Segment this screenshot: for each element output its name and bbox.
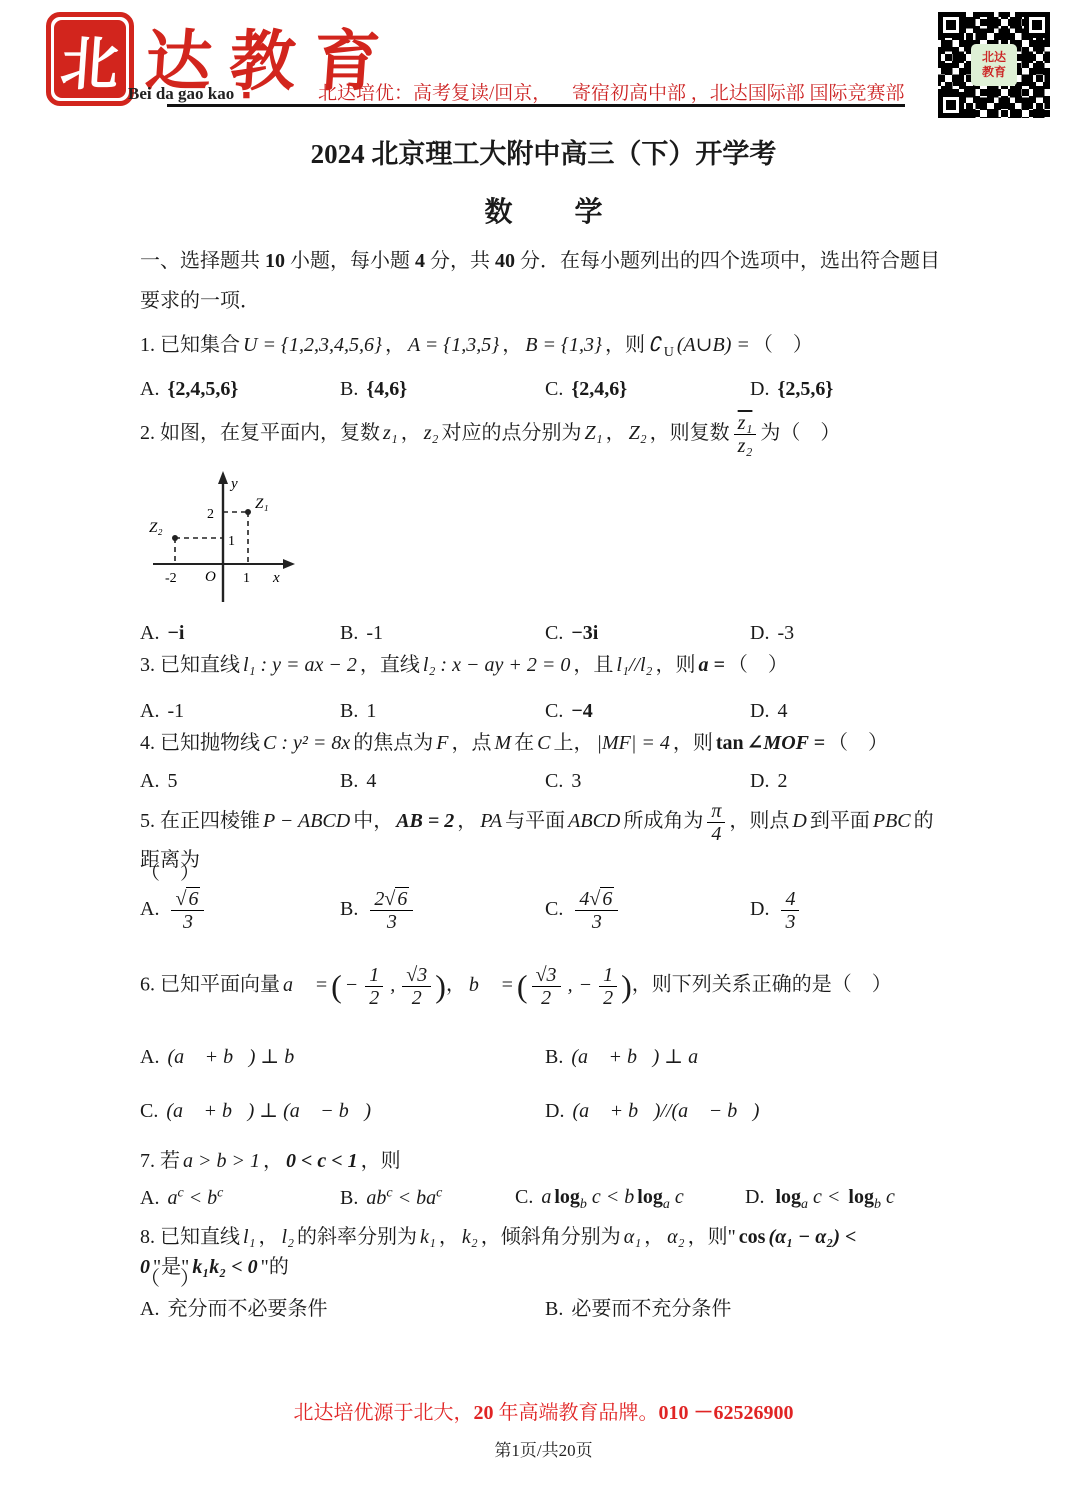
q7-option-d: D.loga c < logb c bbox=[745, 1182, 947, 1215]
math: − bbox=[579, 974, 593, 996]
q7-option-b: B.abc < bac bbox=[340, 1182, 515, 1215]
option-fraction: 4√63 bbox=[575, 888, 618, 933]
question-6-stem: 6. 已知平面向量a⃗=(−12,√32)，b⃗=(√32,−12)，则下列关系… bbox=[140, 962, 947, 1010]
math: (A∪B) = bbox=[677, 334, 750, 356]
stem-text: ， bbox=[263, 1150, 283, 1172]
option-label: D. bbox=[750, 700, 769, 722]
option-label: B. bbox=[545, 1298, 563, 1320]
tick-label-1y: 1 bbox=[228, 534, 235, 549]
log-function: log bbox=[637, 1186, 663, 1208]
stem-text: 7. 若 bbox=[140, 1150, 180, 1172]
stem-text: ， bbox=[673, 732, 693, 754]
stem-text: ， bbox=[605, 334, 625, 356]
intro-text: 分，共 bbox=[425, 250, 495, 272]
option-label: B. bbox=[340, 622, 358, 644]
option-value: {2,4,5,6} bbox=[167, 378, 238, 400]
stem-text: ， bbox=[446, 974, 466, 996]
stem-text: 则 bbox=[625, 334, 645, 356]
cos-function: cos bbox=[739, 1226, 766, 1248]
q4-option-d: D.2 bbox=[750, 766, 947, 796]
sqrt-icon: √ bbox=[589, 888, 600, 910]
fraction: z₁z₂ bbox=[734, 412, 757, 457]
fraction: 12 bbox=[365, 964, 383, 1009]
stem-text: 则复数 bbox=[670, 422, 730, 444]
brand-romanized-text: Bei da gao kao bbox=[128, 84, 234, 103]
q6-option-b: B.(a⃗ + b⃗) ⊥ a⃗ bbox=[545, 1042, 947, 1072]
tick-label-2: 2 bbox=[207, 507, 214, 522]
brand-romanized: Bei da gao kao ■ bbox=[128, 84, 250, 104]
q1-option-b: B.{4,6} bbox=[340, 374, 545, 404]
point-z1 bbox=[245, 509, 251, 515]
option-fraction: 2√63 bbox=[370, 888, 413, 933]
stem-text: ， bbox=[502, 334, 522, 356]
exam-title: 2024 北京理工大附中高三（下）开学考 bbox=[0, 132, 1087, 171]
q1-option-a: A.{2,4,5,6} bbox=[140, 374, 340, 404]
z1-label: Z₁ bbox=[255, 496, 269, 512]
math: B = {1,3} bbox=[525, 334, 602, 356]
math: Z₁ bbox=[585, 422, 603, 444]
q6-option-c: C.(a⃗ + b⃗) ⊥ (a⃗ − b⃗) bbox=[140, 1096, 545, 1126]
question-4-options: A.5 B.4 C.3 D.2 bbox=[140, 766, 947, 796]
option-label: A. bbox=[140, 1298, 159, 1320]
log-function: log bbox=[775, 1186, 801, 1208]
option-value: (a⃗ + b⃗)//(a⃗ − b⃗) bbox=[572, 1100, 759, 1122]
option-label: C. bbox=[515, 1186, 533, 1208]
header-tagline: 北达培优：高考复读/回京， 寄宿初高中部 ，北达国际部 国际竞赛部 bbox=[318, 78, 905, 105]
q1-option-d: D.{2,5,6} bbox=[750, 374, 947, 404]
stem-text: 倾斜角分别为 bbox=[501, 1226, 621, 1248]
q5-option-a: A.√63 bbox=[140, 888, 340, 933]
math: PBC bbox=[873, 810, 911, 832]
radicand: 6 bbox=[186, 887, 200, 910]
stem-text: 与平面 bbox=[505, 810, 565, 832]
option-label: D. bbox=[750, 770, 769, 792]
qr-finder-icon bbox=[1024, 12, 1050, 38]
tick-label-1x: 1 bbox=[243, 571, 250, 586]
fraction: 12 bbox=[599, 964, 617, 1009]
fraction-denominator: 4 bbox=[707, 823, 725, 845]
fraction-numerator: π bbox=[707, 800, 725, 823]
subject-title: 数学 bbox=[0, 190, 1087, 230]
math: a = bbox=[698, 654, 724, 676]
math: l₁ bbox=[243, 1226, 256, 1248]
footer-slogan: 北达培优源于北大，20 年高端教育品牌。010 －62526900 bbox=[0, 1396, 1087, 1425]
math: A = {1,3,5} bbox=[408, 334, 499, 356]
math: z₁ bbox=[383, 422, 398, 444]
option-label: A. bbox=[140, 1046, 159, 1068]
question-2-stem: 2. 如图，在复平面内，复数z₁，z₂对应的点分别为Z₁，Z₂，则复数z₁z₂为… bbox=[140, 412, 947, 457]
stem-text: 6. 已知平面向量 bbox=[140, 974, 280, 996]
q2-option-b: B.-1 bbox=[340, 618, 545, 648]
stem-text: 的焦点为 bbox=[353, 732, 433, 754]
sqrt-icon: √ bbox=[175, 888, 186, 910]
stem-text: 4. 已知抛物线 bbox=[140, 732, 260, 754]
stem-text: ， bbox=[385, 334, 405, 356]
option-value: (a⃗ + b⃗) ⊥ b⃗ bbox=[167, 1046, 309, 1068]
question-8-options: A.充分而不必要条件 B.必要而不充分条件 bbox=[140, 1294, 947, 1324]
fraction: √32 bbox=[532, 964, 561, 1009]
math: P − ABCD bbox=[263, 810, 350, 832]
point-z2 bbox=[172, 535, 178, 541]
fraction: √32 bbox=[402, 964, 431, 1009]
q5-option-b: B.2√63 bbox=[340, 888, 545, 933]
answer-blank: 为（ ） bbox=[760, 422, 840, 444]
option-label: C. bbox=[545, 770, 563, 792]
math-sub: U bbox=[664, 345, 674, 360]
q7-option-a: A.ac < bc bbox=[140, 1182, 340, 1215]
question-3-stem: 3. 已知直线l₁ : y = ax − 2，直线l₂ : x − ay + 2… bbox=[140, 650, 947, 680]
math: C bbox=[537, 732, 550, 754]
qr-center-label: 北达 教育 bbox=[971, 44, 1017, 86]
stem-text: 则 bbox=[381, 1150, 401, 1172]
math: D bbox=[792, 810, 806, 832]
q1-option-c: C.{2,4,6} bbox=[545, 374, 750, 404]
q3-option-d: D.4 bbox=[750, 696, 947, 726]
stem-text: 对应的点分别为 bbox=[442, 422, 582, 444]
stem-text: ， bbox=[632, 974, 652, 996]
intro-total: 40 bbox=[495, 250, 515, 272]
z2-label: Z₂ bbox=[149, 520, 163, 536]
stem-text: ， bbox=[457, 810, 477, 832]
math: C : y² = 8x bbox=[263, 732, 350, 754]
option-value: 2 bbox=[777, 770, 787, 792]
option-label: C. bbox=[140, 1100, 158, 1122]
stem-text: ， bbox=[688, 1226, 708, 1248]
x-axis-label: x bbox=[272, 570, 280, 586]
qr-label-top: 北达 bbox=[982, 50, 1006, 65]
stem-text: ， bbox=[401, 422, 421, 444]
option-value: −4 bbox=[571, 700, 592, 722]
coef: 4 bbox=[785, 888, 795, 910]
brand-square-mark: ■ bbox=[243, 87, 251, 102]
math: U = {1,2,3,4,5,6} bbox=[243, 334, 382, 356]
stem-text: 则" bbox=[708, 1226, 736, 1248]
math: z₂ bbox=[424, 422, 439, 444]
log-function: log bbox=[848, 1186, 874, 1208]
math: Z₂ bbox=[629, 422, 647, 444]
footer-text: 年高端教育品牌。 bbox=[494, 1402, 659, 1424]
question-5-options: A.√63 B.2√63 C.4√63 D.43 bbox=[140, 888, 947, 933]
header-divider bbox=[167, 104, 905, 107]
complex-plane-figure: y x O 2 1 -2 1 Z₁ Z₂ bbox=[145, 468, 365, 616]
q3-option-c: C.−4 bbox=[545, 696, 750, 726]
logo-stamp-inner: 北 bbox=[54, 20, 126, 98]
intro-text: 小题，每小题 bbox=[285, 250, 415, 272]
stem-text: ，则点 bbox=[729, 810, 789, 832]
option-value: (a⃗ + b⃗) ⊥ a⃗ bbox=[571, 1046, 713, 1068]
math: = bbox=[500, 974, 514, 996]
option-label: C. bbox=[545, 700, 563, 722]
option-value: -3 bbox=[777, 622, 794, 644]
math: = bbox=[315, 974, 329, 996]
math: |MF| = 4 bbox=[596, 732, 669, 754]
option-label: D. bbox=[750, 898, 769, 920]
option-label: A. bbox=[140, 700, 159, 722]
y-axis-label: y bbox=[229, 476, 238, 492]
paren: ( bbox=[331, 968, 342, 1004]
paren: ) bbox=[621, 968, 632, 1004]
stem-text: ， bbox=[650, 422, 670, 444]
q2-option-c: C.−3i bbox=[545, 618, 750, 648]
math: , bbox=[568, 974, 573, 996]
math: 0 < c < 1 bbox=[286, 1150, 358, 1172]
math: PA bbox=[480, 810, 502, 832]
y-axis-arrow-icon bbox=[218, 471, 228, 484]
stem-text: 上， bbox=[553, 732, 593, 754]
intro-text: 一、选择题共 bbox=[140, 250, 265, 272]
option-label: C. bbox=[545, 378, 563, 400]
stem-text: ， bbox=[360, 654, 380, 676]
option-value: 5 bbox=[167, 770, 177, 792]
stem-text: ， bbox=[655, 654, 675, 676]
question-5-blank: （ ） bbox=[140, 858, 947, 888]
math: F bbox=[436, 732, 448, 754]
math: l₁ : y = ax − 2 bbox=[243, 654, 357, 676]
option-fraction: √63 bbox=[171, 888, 204, 933]
option-label: C. bbox=[545, 898, 563, 920]
stem-text: ， bbox=[259, 1226, 279, 1248]
math: α₂ bbox=[667, 1226, 684, 1248]
option-label: A. bbox=[140, 898, 159, 920]
stem-text: 中， bbox=[353, 810, 393, 832]
stem-text: 1. 已知集合 bbox=[140, 334, 240, 356]
footer-years: 20 bbox=[474, 1402, 494, 1424]
option-label: D. bbox=[545, 1100, 564, 1122]
q3-option-b: B.1 bbox=[340, 696, 545, 726]
math: k₁ bbox=[420, 1226, 436, 1248]
math: k₂ bbox=[462, 1226, 478, 1248]
intro-count: 10 bbox=[265, 250, 285, 272]
log-function: log bbox=[554, 1186, 580, 1208]
stem-text: ， bbox=[606, 422, 626, 444]
math: ∠MOF = bbox=[747, 732, 825, 754]
section-intro-line1: 一、选择题共 10 小题，每小题 4 分，共 40 分．在每小题列出的四个选项中… bbox=[140, 246, 947, 276]
option-fraction: 43 bbox=[781, 888, 799, 933]
paren: ) bbox=[435, 968, 446, 1004]
option-label: B. bbox=[340, 378, 358, 400]
denominator: 3 bbox=[171, 911, 204, 933]
stem-text: ， bbox=[361, 1150, 381, 1172]
option-label: B. bbox=[340, 770, 358, 792]
q2-option-d: D.-3 bbox=[750, 618, 947, 648]
q5-option-d: D.43 bbox=[750, 888, 947, 933]
stem-text: 3. 已知直线 bbox=[140, 654, 240, 676]
coef: 2 bbox=[374, 888, 384, 910]
stem-text: ， bbox=[439, 1226, 459, 1248]
qr-code: 北达 教育 bbox=[938, 12, 1050, 118]
q7-option-c: C.alogb c < bloga c bbox=[515, 1182, 745, 1215]
math: ABCD bbox=[568, 810, 620, 832]
question-7-stem: 7. 若a > b > 1，0 < c < 1，则 bbox=[140, 1146, 947, 1176]
option-label: B. bbox=[340, 898, 358, 920]
footer-text: 北达培优源于北大， bbox=[294, 1402, 474, 1424]
math: AB = 2 bbox=[396, 810, 454, 832]
stem-text: 点 bbox=[471, 732, 491, 754]
q4-option-c: C.3 bbox=[545, 766, 750, 796]
tagline-right: 寄宿初高中部 ，北达国际部 国际竞赛部 bbox=[572, 83, 905, 104]
fraction: π4 bbox=[707, 800, 725, 845]
option-value: −i bbox=[167, 622, 184, 644]
option-value: -1 bbox=[366, 622, 383, 644]
stem-text: 在 bbox=[514, 732, 534, 754]
q5-option-c: C.4√63 bbox=[545, 888, 750, 933]
math: l₂ : x − ay + 2 = 0 bbox=[423, 654, 570, 676]
option-label: C. bbox=[545, 622, 563, 644]
q4-option-b: B.4 bbox=[340, 766, 545, 796]
stem-text: 且 bbox=[593, 654, 613, 676]
vector-b: b⃗ bbox=[469, 974, 495, 996]
tick-label-neg2: -2 bbox=[165, 571, 177, 586]
question-2-options: A.−i B.-1 C.−3i D.-3 bbox=[140, 618, 947, 648]
option-value: {2,4,6} bbox=[571, 378, 627, 400]
question-8-blank: （ ） bbox=[140, 1264, 947, 1294]
denominator: 3 bbox=[781, 911, 799, 933]
math-function: tan bbox=[716, 732, 744, 754]
radicand: 6 bbox=[600, 887, 614, 910]
option-label: B. bbox=[340, 1187, 358, 1209]
option-value: 1 bbox=[366, 700, 376, 722]
q2-option-a: A.−i bbox=[140, 618, 340, 648]
q8-option-b: B.必要而不充分条件 bbox=[545, 1294, 947, 1324]
q3-option-a: A.-1 bbox=[140, 696, 340, 726]
stem-text: ， bbox=[451, 732, 471, 754]
option-value: 4 bbox=[777, 700, 787, 722]
logo-stamp: 北 bbox=[46, 12, 134, 106]
option-label: A. bbox=[140, 622, 159, 644]
stem-text: 2. 如图，在复平面内，复数 bbox=[140, 422, 380, 444]
math: a > b > 1 bbox=[183, 1150, 260, 1172]
sqrt-icon: √ bbox=[384, 888, 395, 910]
option-value: 3 bbox=[571, 770, 581, 792]
q6-option-d: D.(a⃗ + b⃗)//(a⃗ − b⃗) bbox=[545, 1096, 947, 1126]
option-value: 必要而不充分条件 bbox=[571, 1298, 731, 1320]
subject-right: 学 bbox=[575, 197, 603, 228]
logo-stamp-char: 北 bbox=[58, 17, 122, 101]
question-1-stem: 1. 已知集合U = {1,2,3,4,5,6}，A = {1,3,5}，B =… bbox=[140, 330, 947, 363]
option-value: {2,5,6} bbox=[777, 378, 833, 400]
option-label: D. bbox=[750, 622, 769, 644]
question-3-options: A.-1 B.1 C.−4 D.4 bbox=[140, 696, 947, 726]
fraction-denominator: z₂ bbox=[734, 435, 757, 457]
answer-blank: （ ） bbox=[728, 654, 788, 676]
option-label: A. bbox=[140, 378, 159, 400]
stem-text: 8. 已知直线 bbox=[140, 1226, 240, 1248]
option-value: −3i bbox=[571, 622, 598, 644]
option-label: A. bbox=[140, 1187, 159, 1209]
stem-text: ， bbox=[481, 1226, 501, 1248]
denominator: 3 bbox=[370, 911, 413, 933]
intro-points: 4 bbox=[415, 250, 425, 272]
stem-text: 5. 在正四棱锥 bbox=[140, 810, 260, 832]
math: − bbox=[345, 974, 359, 996]
qr-label-bottom: 教育 bbox=[982, 65, 1006, 80]
option-label: D. bbox=[745, 1186, 764, 1208]
stem-text: 则 bbox=[675, 654, 695, 676]
math: l₁//l₂ bbox=[616, 654, 652, 676]
stem-text: ， bbox=[644, 1226, 664, 1248]
qr-finder-icon bbox=[938, 92, 964, 118]
stem-text: 直线 bbox=[380, 654, 420, 676]
section-intro-line2: 要求的一项． bbox=[140, 286, 947, 316]
stem-text: 则下列关系正确的是（ ） bbox=[652, 974, 892, 996]
option-value: 4 bbox=[366, 770, 376, 792]
question-4-stem: 4. 已知抛物线C : y² = 8x的焦点为F，点M在C上，|MF| = 4，… bbox=[140, 728, 947, 758]
vector-a: a⃗ bbox=[283, 974, 309, 996]
answer-blank: （ ） bbox=[753, 334, 813, 356]
stem-text: 所成角为 bbox=[623, 810, 703, 832]
page-number: 第1页/共20页 bbox=[0, 1436, 1087, 1461]
stem-text: ， bbox=[573, 654, 593, 676]
q4-option-a: A.5 bbox=[140, 766, 340, 796]
math: ∁ bbox=[648, 334, 661, 356]
question-6-options-row2: C.(a⃗ + b⃗) ⊥ (a⃗ − b⃗) D.(a⃗ + b⃗)//(a⃗… bbox=[140, 1096, 947, 1126]
coef: 4 bbox=[579, 888, 589, 910]
footer-phone: 010 －62526900 bbox=[659, 1402, 794, 1424]
radicand: 6 bbox=[395, 887, 409, 910]
tagline-left: 北达培优：高考复读/回京， bbox=[318, 83, 551, 104]
question-6-options-row1: A.(a⃗ + b⃗) ⊥ b⃗ B.(a⃗ + b⃗) ⊥ a⃗ bbox=[140, 1042, 947, 1072]
math: α₁ bbox=[624, 1226, 641, 1248]
stem-text: 则 bbox=[693, 732, 713, 754]
q6-option-a: A.(a⃗ + b⃗) ⊥ b⃗ bbox=[140, 1042, 545, 1072]
option-value: -1 bbox=[167, 700, 184, 722]
question-1-options: A.{2,4,5,6} B.{4,6} C.{2,4,6} D.{2,5,6} bbox=[140, 374, 947, 404]
option-value: (a⃗ + b⃗) ⊥ (a⃗ − b⃗) bbox=[166, 1100, 371, 1122]
answer-blank: （ ） bbox=[828, 732, 888, 754]
exam-page: 北 达教育 Bei da gao kao ■ 北达培优：高考复读/回京， 寄宿初… bbox=[0, 0, 1087, 1512]
math: l₂ bbox=[282, 1226, 295, 1248]
origin-label: O bbox=[205, 569, 216, 585]
option-value: {4,6} bbox=[366, 378, 407, 400]
option-label: A. bbox=[140, 770, 159, 792]
question-7-options: A.ac < bc B.abc < bac C.alogb c < bloga … bbox=[140, 1182, 947, 1215]
stem-text: 到平面 bbox=[810, 810, 870, 832]
option-value: 充分而不必要条件 bbox=[167, 1298, 327, 1320]
fraction-numerator: z₁ bbox=[734, 412, 757, 435]
paren: ( bbox=[517, 968, 528, 1004]
q8-option-a: A.充分而不必要条件 bbox=[140, 1294, 545, 1324]
intro-text: 分．在每小题列出的四个选项中，选出符合题目 bbox=[515, 250, 940, 272]
math: M bbox=[494, 732, 511, 754]
option-label: B. bbox=[545, 1046, 563, 1068]
stem-text: 的斜率分别为 bbox=[297, 1226, 417, 1248]
denominator: 3 bbox=[575, 911, 618, 933]
math: , bbox=[390, 974, 395, 996]
option-label: B. bbox=[340, 700, 358, 722]
x-axis-arrow-icon bbox=[283, 559, 295, 569]
option-label: D. bbox=[750, 378, 769, 400]
subject-left: 数 bbox=[484, 197, 512, 228]
qr-finder-icon bbox=[938, 12, 964, 38]
